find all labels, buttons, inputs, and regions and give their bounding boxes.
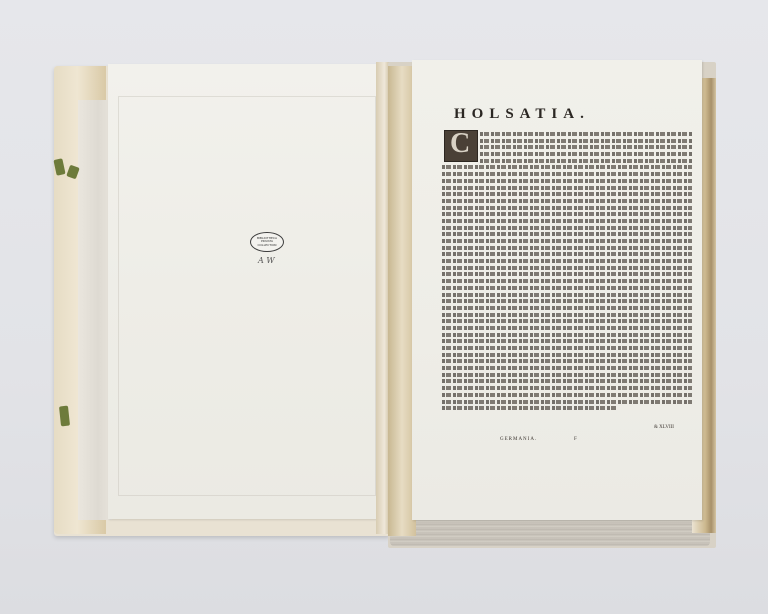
- library-stamp: BIBLIOTHECA PRIVATA COLLECTION: [250, 232, 284, 252]
- left-page-plate-mark: [118, 96, 376, 496]
- green-tab-bottom: [59, 406, 70, 427]
- left-binding-strip: [78, 100, 112, 520]
- book-photograph: BIBLIOTHECA PRIVATA COLLECTION A W HOLSA…: [0, 0, 768, 614]
- page-block-bottom-edge: [390, 518, 710, 546]
- page-marker: & XLVIII: [654, 425, 674, 430]
- body-text-block: [442, 132, 692, 434]
- signature-footer: GERMANIA.: [500, 437, 537, 442]
- page-title: HOLSATIA.: [454, 106, 654, 123]
- handwritten-shelfmark: A W: [258, 256, 275, 265]
- signature-mark: F: [574, 437, 577, 442]
